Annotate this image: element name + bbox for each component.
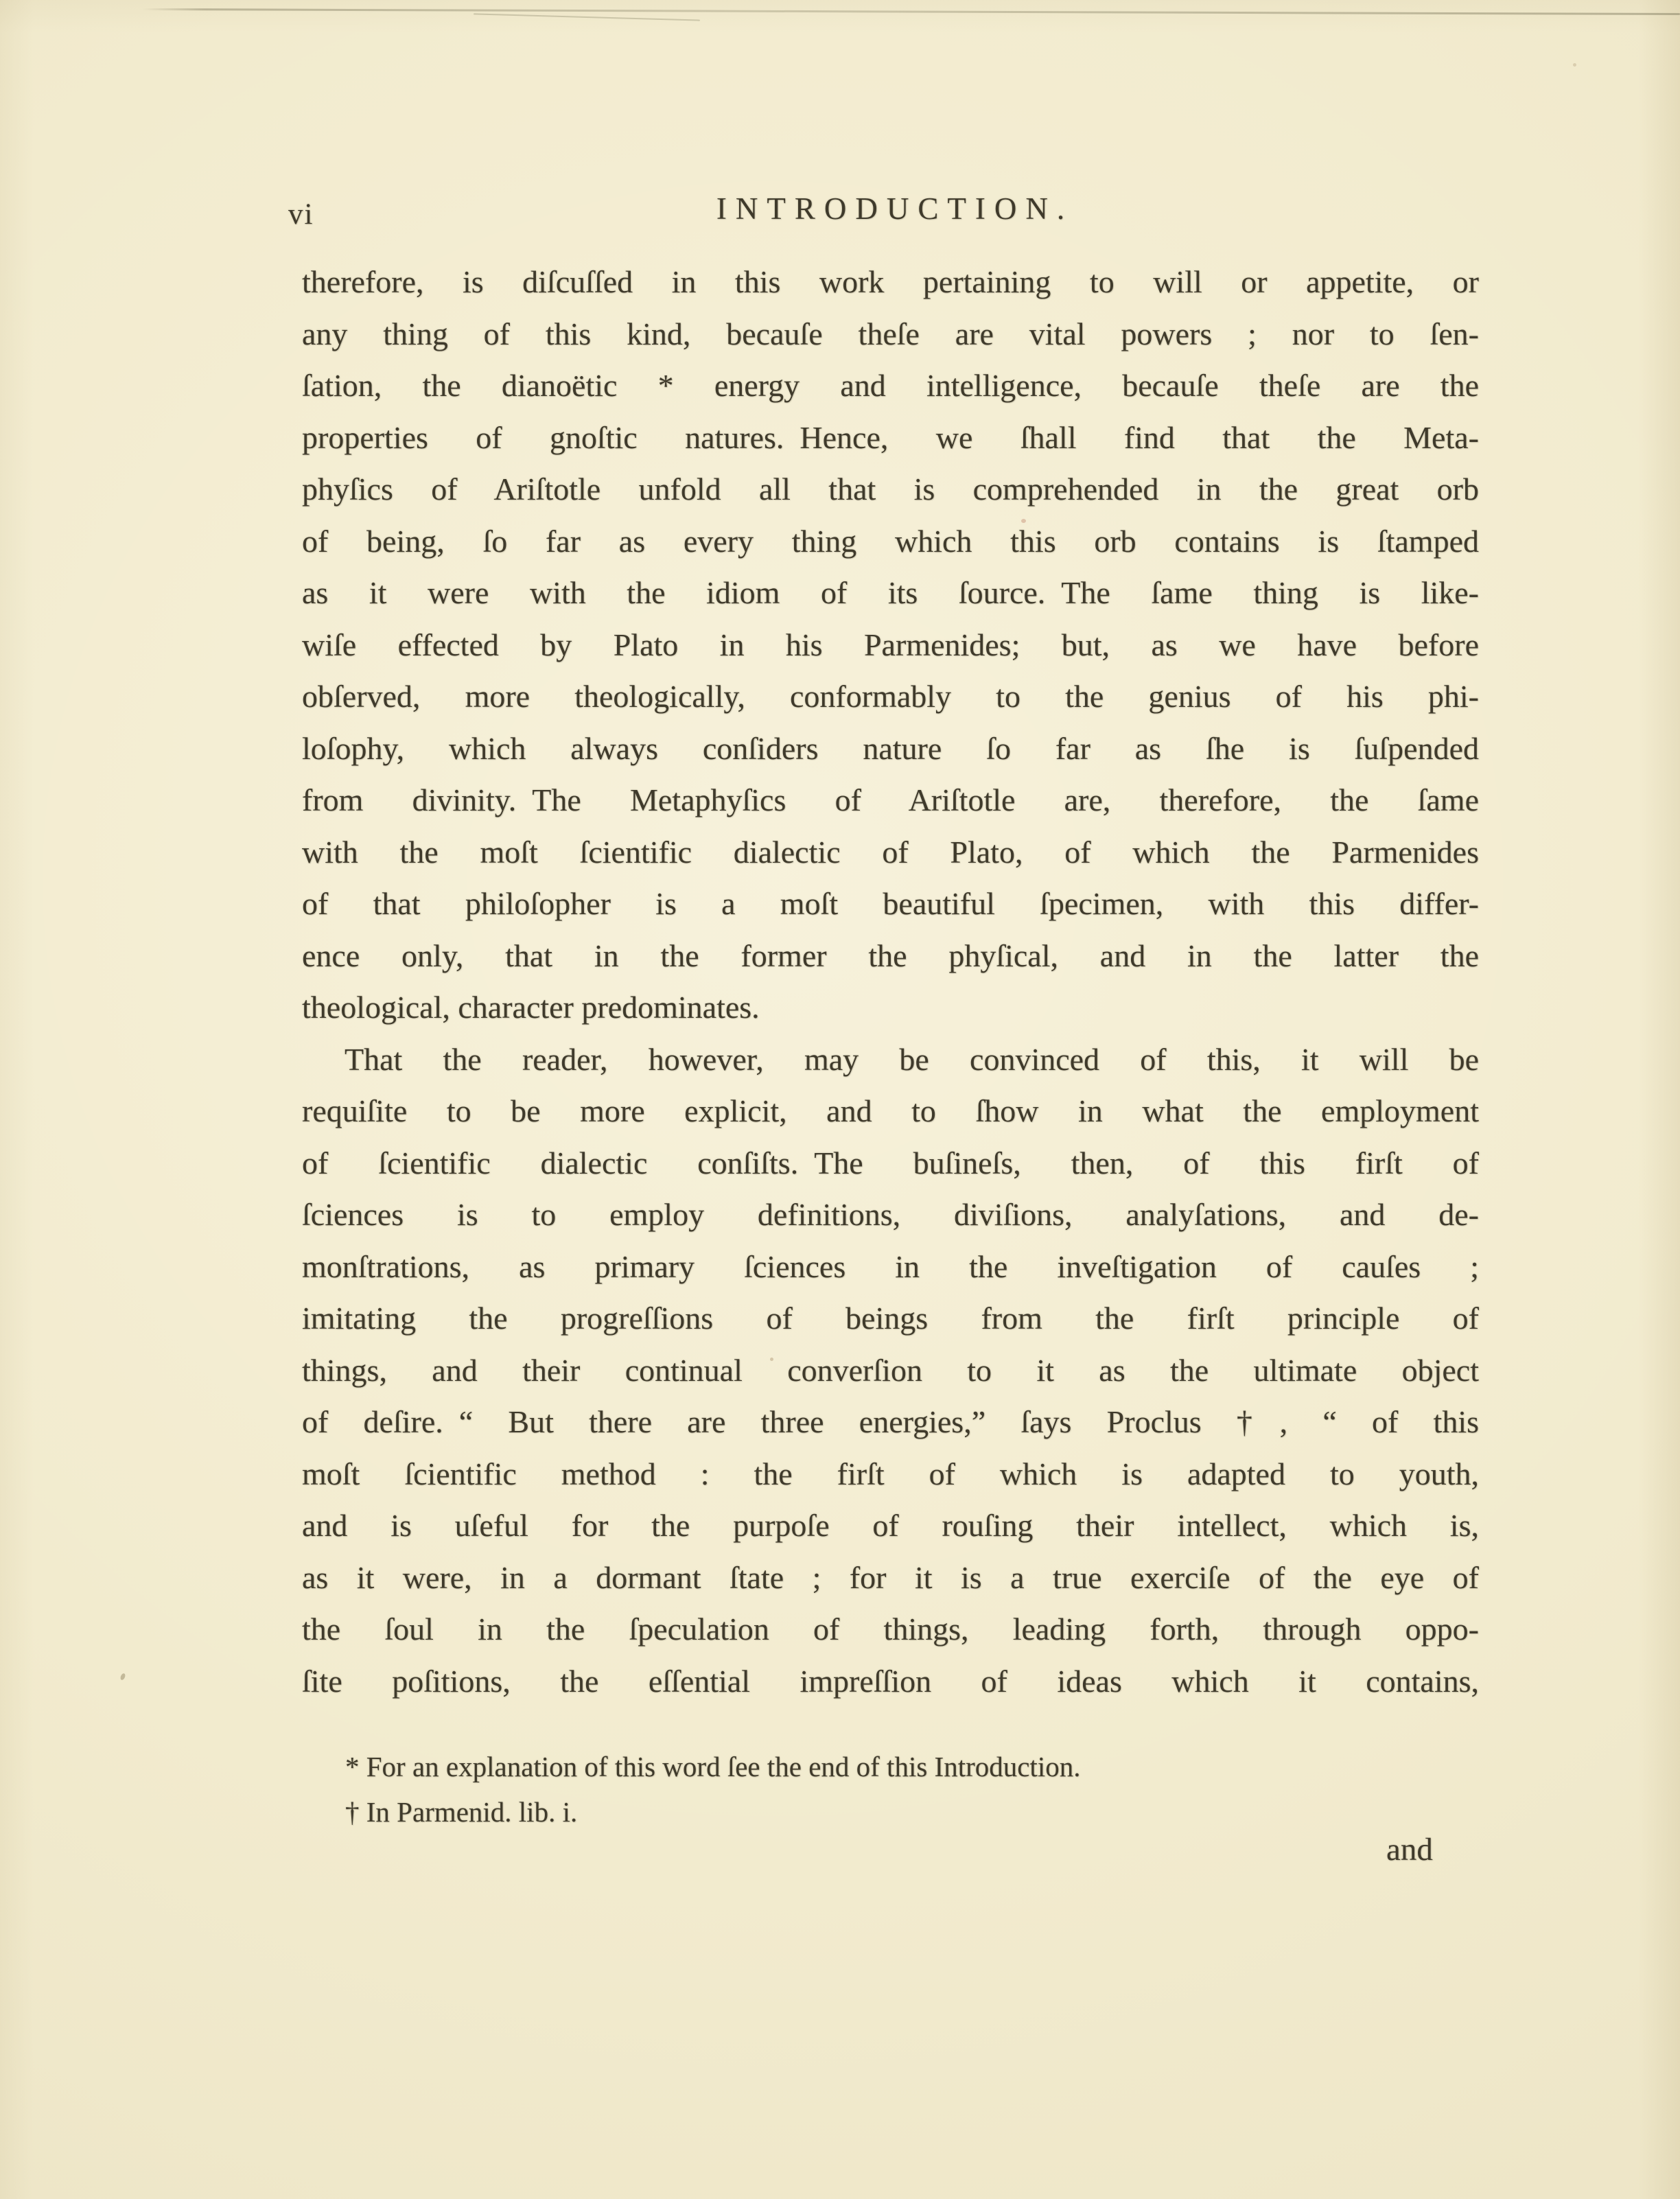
footnote: † In Parmenid. lib. i. [345, 1789, 1388, 1835]
text-line: monſtrations, as primary ſciences in the… [302, 1241, 1479, 1293]
text-line: of ſcientific dialectic conſiſts. The bu… [302, 1137, 1479, 1189]
text-line: of being, ſo far as every thing which th… [302, 515, 1479, 568]
text-line: requiſite to be more explicit, and to ſh… [302, 1085, 1479, 1137]
text-line: wiſe effected by Plato in his Parmenides… [302, 619, 1479, 671]
text-line: phyſics of Ariſtotle unfold all that is … [302, 463, 1479, 515]
scan-crease-dip [474, 13, 700, 21]
text-line: ſite poſitions, the eſſential impreſſion… [302, 1655, 1479, 1708]
text-line: imitating the progreſſions of beings fro… [302, 1292, 1479, 1345]
paper-speck [770, 1358, 773, 1361]
text-line: things, and their continual converſion t… [302, 1345, 1479, 1397]
text-line: therefore, is diſcuſſed in this work per… [302, 256, 1479, 308]
page-number: vi [288, 198, 314, 231]
running-head: vi INTRODUCTION. [302, 191, 1479, 239]
text-line: properties of gnoſtic natures. Hence, we… [302, 412, 1479, 464]
text-line: and is uſeful for the purpoſe of rouſing… [302, 1500, 1479, 1552]
catchword: and [1386, 1831, 1433, 1868]
text-line: any thing of this kind, becauſe theſe ar… [302, 308, 1479, 360]
text-line: moſt ſcientific method : the firſt of wh… [302, 1448, 1479, 1500]
text-line: the ſoul in the ſpeculation of things, l… [302, 1603, 1479, 1655]
footnote: * For an explanation of this word ſee th… [345, 1744, 1388, 1789]
text-line: as it were with the idiom of its ſource.… [302, 567, 1479, 619]
text-line: ſciences is to employ definitions, diviſ… [302, 1189, 1479, 1241]
text-line: That the reader, however, may be convinc… [302, 1034, 1479, 1086]
running-title: INTRODUCTION. [302, 191, 1479, 226]
text-line: obſerved, more theologically, conformabl… [302, 671, 1479, 723]
text-line: loſophy, which always conſiders nature ſ… [302, 723, 1479, 775]
text-line: theological, character predominates. [302, 981, 1479, 1034]
text-line: with the moſt ſcientific dialectic of Pl… [302, 826, 1479, 879]
text-line: as it were, in a dormant ſtate ; for it … [302, 1552, 1479, 1604]
text-line: of that philoſopher is a moſt beautiful … [302, 878, 1479, 930]
paper-speck [119, 1673, 126, 1681]
text-line: ence only, that in the former the phyſic… [302, 930, 1479, 982]
text-line: ſation, the dianoëtic * energy and intel… [302, 360, 1479, 412]
paper-speck [1573, 63, 1576, 67]
body-text: therefore, is diſcuſſed in this work per… [302, 256, 1479, 1707]
footnotes: * For an explanation of this word ſee th… [345, 1744, 1388, 1835]
book-page-scan: vi INTRODUCTION. therefore, is diſcuſſed… [0, 0, 1680, 2199]
scan-crease-line [143, 8, 1680, 15]
text-line: from divinity. The Metaphyſics of Ariſto… [302, 774, 1479, 826]
text-line: of deſire. “ But there are three energie… [302, 1396, 1479, 1448]
paper-speck [1021, 519, 1026, 523]
